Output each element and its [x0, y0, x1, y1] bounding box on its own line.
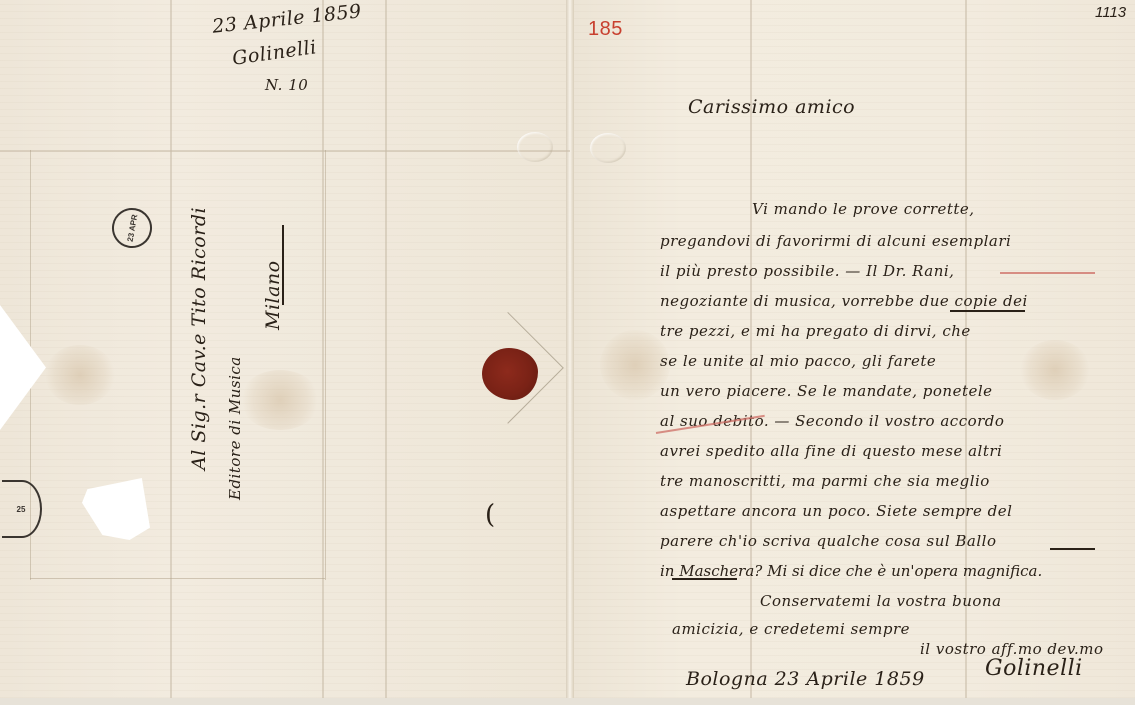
address-city: Milano — [262, 260, 284, 330]
letter-line: Vi mando le prove corrette, — [752, 200, 975, 218]
wax-seal — [482, 348, 538, 400]
letter-line: pregandovi di favorirmi di alcuni esempl… — [660, 232, 1011, 250]
ink-underline — [950, 310, 1025, 312]
stain — [1020, 340, 1090, 400]
red-underline — [1000, 272, 1095, 274]
address-flourish — [282, 225, 284, 305]
fold-crease — [0, 150, 570, 152]
letter-line: parere ch'io scriva qualche cosa sul Bal… — [660, 532, 997, 550]
fold-crease — [385, 0, 387, 705]
letter-scan: 23 Aprile 1859 Golinelli N. 10 185 1113 … — [0, 0, 1135, 705]
letter-line: aspettare ancora un poco. Siete sempre d… — [660, 502, 1012, 520]
letter-line: se le unite al mio pacco, gli farete — [660, 352, 936, 370]
embossed-stamp — [590, 133, 626, 163]
ink-underline — [1050, 548, 1095, 550]
postmark-milano: 25 — [2, 480, 42, 538]
stain — [45, 345, 115, 405]
letter-line: tre pezzi, e mi ha pregato di dirvi, che — [660, 322, 971, 340]
ink-underline — [672, 578, 737, 580]
folio-number: 1113 — [1095, 4, 1126, 21]
flap-edge — [30, 578, 325, 579]
letter-line: un vero piacere. Se le mandate, ponetele — [660, 382, 993, 400]
address-line-1: Al Sig.r Cav.e Tito Ricordi — [188, 207, 210, 470]
letter-line: negoziante di musica, vorrebbe due copie… — [660, 292, 1028, 310]
fold-crease — [322, 0, 324, 705]
place-date: Bologna 23 Aprile 1859 — [686, 668, 925, 690]
letter-line: avrei spedito alla fine di questo mese a… — [660, 442, 1002, 460]
embossed-stamp — [517, 132, 553, 162]
letter-line: amicizia, e credetemi sempre — [672, 620, 910, 638]
letter-line: tre manoscritti, ma parmi che sia meglio — [660, 472, 990, 490]
docket-ref: N. 10 — [265, 76, 308, 94]
stain — [240, 370, 320, 430]
archive-number: 185 — [588, 18, 623, 41]
fold-crease — [170, 0, 172, 705]
ink-mark: ( — [485, 500, 496, 530]
letter-line: il più presto possibile. — Il Dr. Rani, — [660, 262, 954, 280]
address-line-2: Editore di Musica — [226, 356, 244, 500]
center-fold — [566, 0, 574, 705]
salutation: Carissimo amico — [688, 96, 855, 118]
scan-border — [0, 698, 1135, 705]
letter-line: al suo debito. — Secondo il vostro accor… — [660, 412, 1004, 430]
letter-line: Conservatemi la vostra buona — [760, 592, 1002, 610]
flap-edge — [325, 150, 326, 580]
signature: Golinelli — [985, 656, 1083, 681]
